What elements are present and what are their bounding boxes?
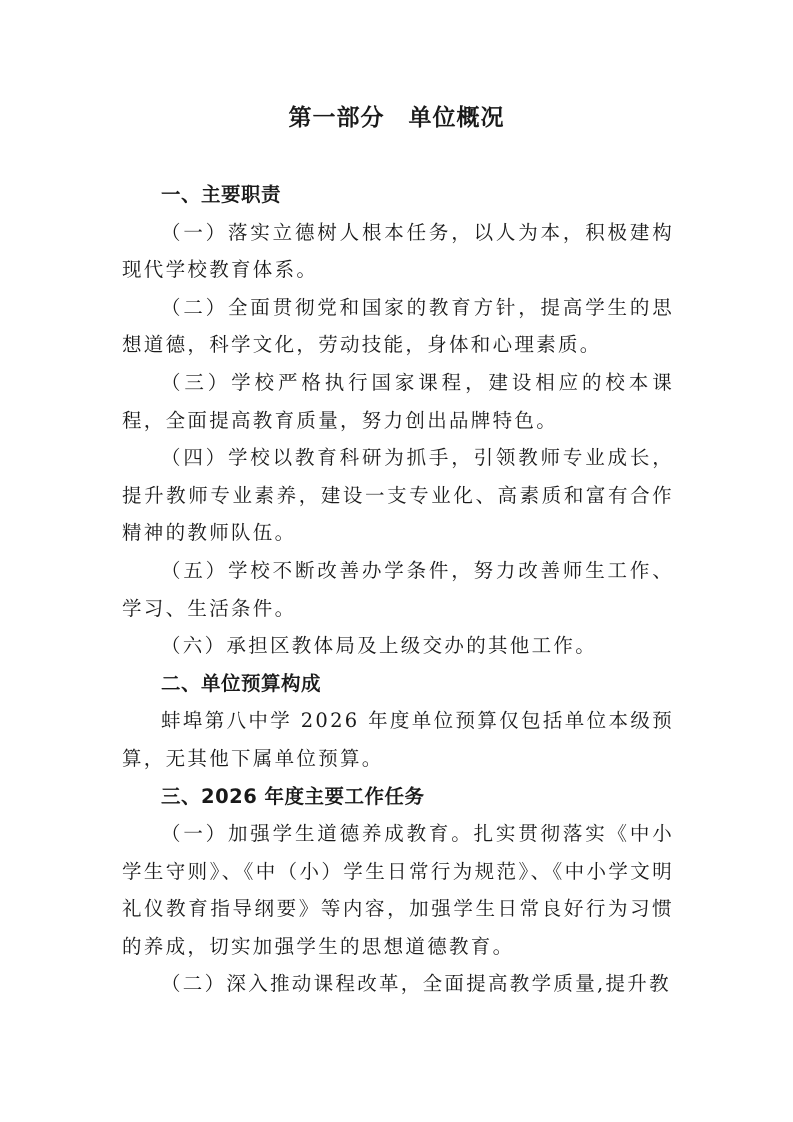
paragraph-task-2: （二）深入推动课程改革，全面提高教学质量,提升教 [122, 965, 674, 1003]
paragraph-duty-6: （六）承担区教体局及上级交办的其他工作。 [122, 627, 674, 665]
paragraph-duty-3: （三）学校严格执行国家课程，建设相应的校本课程，全面提高教育质量，努力创出品牌特… [122, 364, 674, 439]
document-body: 一、主要职责 （一）落实立德树人根本任务，以人为本，积极建构现代学校教育体系。 … [122, 176, 674, 1003]
paragraph-budget-composition: 蚌埠第八中学 2026 年度单位预算仅包括单位本级预算，无其他下属单位预算。 [122, 702, 674, 777]
paragraph-duty-4: （四）学校以教育科研为抓手，引领教师专业成长，提升教师专业素养，建设一支专业化、… [122, 439, 674, 552]
section-heading-budget-composition: 二、单位预算构成 [122, 665, 674, 703]
paragraph-duty-5: （五）学校不断改善办学条件，努力改善师生工作、学习、生活条件。 [122, 552, 674, 627]
paragraph-duty-1: （一）落实立德树人根本任务，以人为本，积极建构现代学校教育体系。 [122, 214, 674, 289]
paragraph-duty-2: （二）全面贯彻党和国家的教育方针，提高学生的思想道德，科学文化，劳动技能，身体和… [122, 289, 674, 364]
paragraph-task-1: （一）加强学生道德养成教育。扎实贯彻落实《中小学生守则》、《中（小）学生日常行为… [122, 815, 674, 965]
document-page: 第一部分 单位概况 一、主要职责 （一）落实立德树人根本任务，以人为本，积极建构… [0, 0, 793, 1122]
page-title: 第一部分 单位概况 [0, 100, 793, 136]
section-heading-work-tasks: 三、2026 年度主要工作任务 [122, 778, 674, 816]
section-heading-main-duties: 一、主要职责 [122, 176, 674, 214]
